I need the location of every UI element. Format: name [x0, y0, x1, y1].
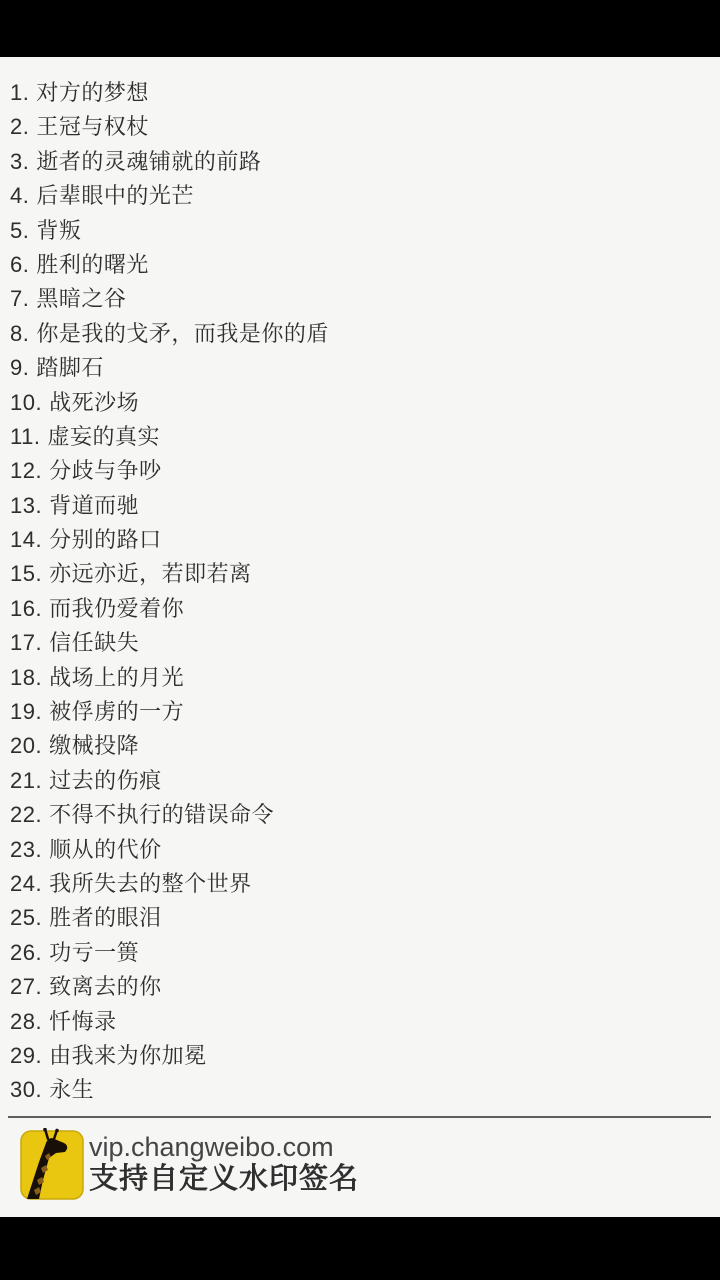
giraffe-logo-icon — [20, 1128, 84, 1200]
item-text: 分别的路口 — [49, 527, 162, 552]
item-number: 5. — [10, 214, 29, 248]
watermark-text-block: vip.changweibo.com 支持自定义水印签名 — [89, 1132, 359, 1196]
item-number: 30. — [10, 1073, 42, 1107]
item-number: 15. — [10, 557, 42, 591]
item-number: 28. — [10, 1005, 42, 1039]
item-text: 黑暗之谷 — [36, 286, 126, 311]
item-text: 而我仍爱着你 — [49, 596, 184, 621]
watermark-domain: vip.changweibo.com — [89, 1132, 359, 1163]
list-item: 22.不得不执行的错误命令 — [10, 798, 329, 832]
item-number: 3. — [10, 145, 29, 179]
item-text: 功亏一篑 — [49, 940, 139, 965]
item-number: 9. — [10, 351, 29, 385]
item-number: 27. — [10, 970, 42, 1004]
item-number: 2. — [10, 110, 29, 144]
item-number: 4. — [10, 179, 29, 213]
item-number: 29. — [10, 1039, 42, 1073]
item-text: 被俘虏的一方 — [49, 699, 184, 724]
list-item: 29.由我来为你加冕 — [10, 1039, 329, 1073]
item-text: 致离去的你 — [49, 974, 162, 999]
item-text: 信任缺失 — [49, 630, 139, 655]
list-item: 3.逝者的灵魂铺就的前路 — [10, 145, 329, 179]
item-text: 缴械投降 — [49, 733, 139, 758]
item-text: 胜者的眼泪 — [49, 905, 162, 930]
item-number: 11. — [10, 420, 40, 454]
list-item: 14.分别的路口 — [10, 523, 329, 557]
list-item: 7.黑暗之谷 — [10, 282, 329, 316]
item-text: 分歧与争吵 — [49, 458, 162, 483]
item-text: 逝者的灵魂铺就的前路 — [36, 149, 261, 174]
list-item: 30.永生 — [10, 1073, 329, 1107]
item-text: 忏悔录 — [49, 1009, 117, 1034]
item-text: 由我来为你加冕 — [49, 1043, 207, 1068]
list-item: 1.对方的梦想 — [10, 76, 329, 110]
item-text: 永生 — [49, 1077, 94, 1102]
item-text: 战场上的月光 — [49, 665, 184, 690]
item-text: 我所失去的整个世界 — [49, 871, 252, 896]
item-text: 你是我的戈矛，而我是你的盾 — [36, 321, 329, 346]
item-number: 12. — [10, 454, 42, 488]
item-text: 踏脚石 — [36, 355, 104, 380]
list-item: 18.战场上的月光 — [10, 661, 329, 695]
item-text: 背道而驰 — [49, 493, 139, 518]
watermark-slogan: 支持自定义水印签名 — [89, 1163, 359, 1196]
list-item: 17.信任缺失 — [10, 626, 329, 660]
list-item: 6.胜利的曙光 — [10, 248, 329, 282]
item-number: 1. — [10, 76, 29, 110]
item-number: 23. — [10, 833, 42, 867]
item-text: 亦远亦近，若即若离 — [49, 561, 252, 586]
item-text: 过去的伤痕 — [49, 768, 162, 793]
bottom-letterbox-bar — [0, 1217, 720, 1280]
list-item: 24.我所失去的整个世界 — [10, 867, 329, 901]
item-text: 背叛 — [36, 218, 81, 243]
list-item: 21.过去的伤痕 — [10, 764, 329, 798]
list-item: 15.亦远亦近，若即若离 — [10, 557, 329, 591]
list-item: 2.王冠与权杖 — [10, 110, 329, 144]
item-number: 13. — [10, 489, 42, 523]
item-number: 24. — [10, 867, 42, 901]
item-number: 6. — [10, 248, 29, 282]
item-text: 顺从的代价 — [49, 837, 162, 862]
item-number: 8. — [10, 317, 29, 351]
item-number: 17. — [10, 626, 42, 660]
list-item: 25.胜者的眼泪 — [10, 901, 329, 935]
item-number: 16. — [10, 592, 42, 626]
list-item: 20.缴械投降 — [10, 729, 329, 763]
item-number: 22. — [10, 798, 42, 832]
item-number: 10. — [10, 386, 42, 420]
item-number: 7. — [10, 282, 29, 316]
item-number: 19. — [10, 695, 42, 729]
numbered-list: 1.对方的梦想 2.王冠与权杖 3.逝者的灵魂铺就的前路 4.后辈眼中的光芒 5… — [10, 76, 329, 1108]
watermark: vip.changweibo.com 支持自定义水印签名 — [20, 1128, 359, 1200]
list-item: 8.你是我的戈矛，而我是你的盾 — [10, 317, 329, 351]
item-number: 14. — [10, 523, 42, 557]
item-number: 21. — [10, 764, 42, 798]
item-text: 战死沙场 — [49, 390, 139, 415]
list-item: 4.后辈眼中的光芒 — [10, 179, 329, 213]
list-item: 19.被俘虏的一方 — [10, 695, 329, 729]
list-item: 27.致离去的你 — [10, 970, 329, 1004]
content-area: 1.对方的梦想 2.王冠与权杖 3.逝者的灵魂铺就的前路 4.后辈眼中的光芒 5… — [0, 57, 720, 1217]
list-item: 12.分歧与争吵 — [10, 454, 329, 488]
item-number: 20. — [10, 729, 42, 763]
list-item: 13.背道而驰 — [10, 489, 329, 523]
list-item: 9.踏脚石 — [10, 351, 329, 385]
list-item: 16.而我仍爱着你 — [10, 592, 329, 626]
top-letterbox-bar — [0, 0, 720, 57]
list-item: 10.战死沙场 — [10, 386, 329, 420]
item-text: 胜利的曙光 — [36, 252, 149, 277]
list-item: 28.忏悔录 — [10, 1005, 329, 1039]
list-item: 23.顺从的代价 — [10, 833, 329, 867]
item-text: 对方的梦想 — [36, 80, 149, 105]
screenshot-root: 1.对方的梦想 2.王冠与权杖 3.逝者的灵魂铺就的前路 4.后辈眼中的光芒 5… — [0, 0, 720, 1280]
item-text: 不得不执行的错误命令 — [49, 802, 274, 827]
item-text: 后辈眼中的光芒 — [36, 183, 194, 208]
item-number: 18. — [10, 661, 42, 695]
item-number: 26. — [10, 936, 42, 970]
list-item: 11.虚妄的真实 — [10, 420, 329, 454]
footer-divider — [8, 1116, 711, 1118]
list-item: 5.背叛 — [10, 214, 329, 248]
item-text: 虚妄的真实 — [47, 424, 160, 449]
list-item: 26.功亏一篑 — [10, 936, 329, 970]
item-text: 王冠与权杖 — [36, 114, 149, 139]
item-number: 25. — [10, 901, 42, 935]
